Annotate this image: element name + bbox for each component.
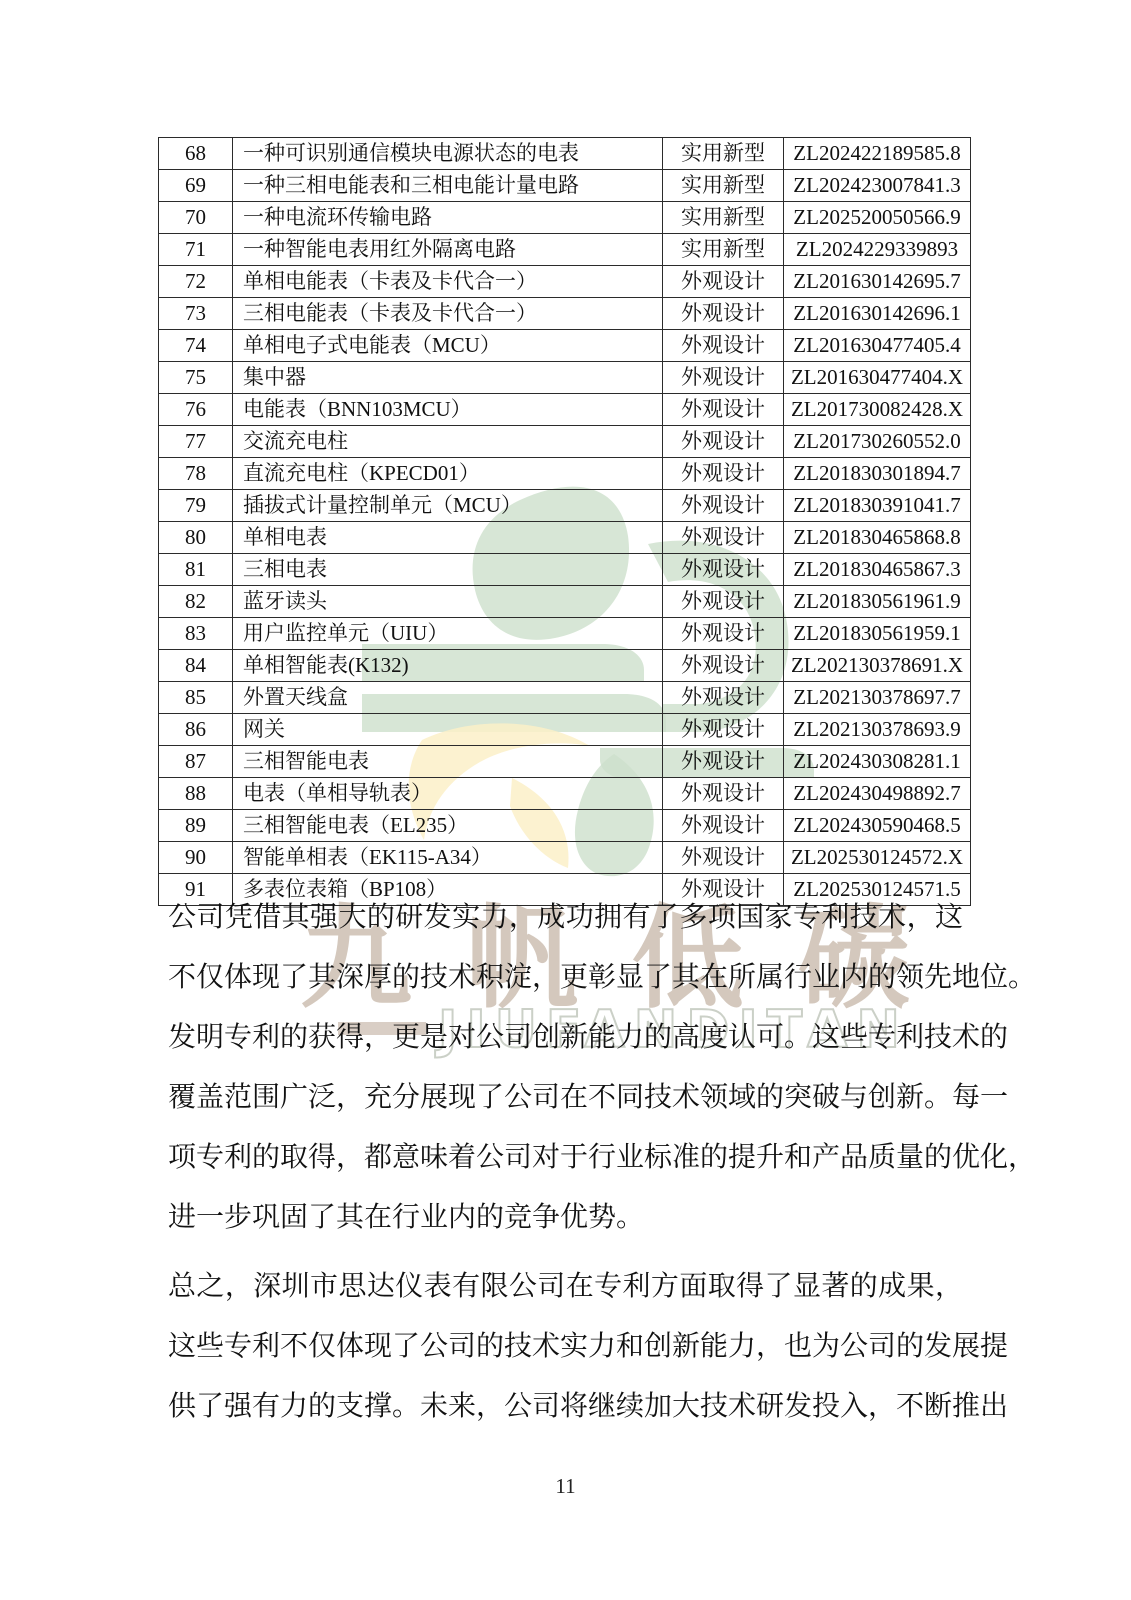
patent-number-cell: ZL202430498892.7 [784, 778, 971, 810]
patent-name-cell: 一种电流环传输电路 [233, 202, 663, 234]
patent-no-cell: 87 [159, 746, 233, 778]
patent-number-cell: ZL201630477404.X [784, 362, 971, 394]
patent-name-cell: 插拔式计量控制单元（MCU） [233, 490, 663, 522]
patent-no-cell: 74 [159, 330, 233, 362]
patent-table-body: 68 一种可识别通信模块电源状态的电表 实用新型 ZL202422189585.… [159, 138, 971, 906]
patent-no-cell: 68 [159, 138, 233, 170]
table-row: 70 一种电流环传输电路 实用新型 ZL202520050566.9 [159, 202, 971, 234]
table-row: 85 外置天线盒 外观设计 ZL202130378697.7 [159, 682, 971, 714]
paragraph-1: 公司凭借其强大的研发实力，成功拥有了多项国家专利技术，这不仅体现了其深厚的技术积… [168, 888, 963, 1248]
patent-no-cell: 90 [159, 842, 233, 874]
patent-number-cell: ZL201830465868.8 [784, 522, 971, 554]
patent-number-cell: ZL202130378697.7 [784, 682, 971, 714]
text-line: 供了强有力的支撑。未来，公司将继续加大技术研发投入，不断推出 [168, 1377, 963, 1437]
patent-type-cell: 实用新型 [663, 138, 784, 170]
text-line: 不仅体现了其深厚的技术积淀，更彰显了其在所属行业内的领先地位。 [168, 948, 963, 1008]
table-row: 74 单相电子式电能表（MCU） 外观设计 ZL201630477405.4 [159, 330, 971, 362]
patent-type-cell: 外观设计 [663, 298, 784, 330]
patent-number-cell: ZL202430590468.5 [784, 810, 971, 842]
patent-no-cell: 88 [159, 778, 233, 810]
patent-name-cell: 单相智能表(K132) [233, 650, 663, 682]
patent-number-cell: ZL201830561959.1 [784, 618, 971, 650]
patent-name-cell: 电表（单相导轨表） [233, 778, 663, 810]
patent-name-cell: 三相智能电表（EL235） [233, 810, 663, 842]
table-row: 84 单相智能表(K132) 外观设计 ZL202130378691.X [159, 650, 971, 682]
patent-number-cell: ZL201630477405.4 [784, 330, 971, 362]
table-row: 89 三相智能电表（EL235） 外观设计 ZL202430590468.5 [159, 810, 971, 842]
patent-number-cell: ZL202423007841.3 [784, 170, 971, 202]
text-line: 项专利的取得，都意味着公司对于行业标准的提升和产品质量的优化， [168, 1128, 963, 1188]
table-row: 79 插拔式计量控制单元（MCU） 外观设计 ZL201830391041.7 [159, 490, 971, 522]
patent-no-cell: 81 [159, 554, 233, 586]
patent-name-cell: 蓝牙读头 [233, 586, 663, 618]
patent-no-cell: 71 [159, 234, 233, 266]
patent-number-cell: ZL202130378691.X [784, 650, 971, 682]
patent-no-cell: 76 [159, 394, 233, 426]
patent-type-cell: 实用新型 [663, 202, 784, 234]
patent-type-cell: 外观设计 [663, 490, 784, 522]
table-row: 80 单相电表 外观设计 ZL201830465868.8 [159, 522, 971, 554]
table-row: 76 电能表（BNN103MCU） 外观设计 ZL201730082428.X [159, 394, 971, 426]
patent-number-cell: ZL201630142696.1 [784, 298, 971, 330]
patent-table: 68 一种可识别通信模块电源状态的电表 实用新型 ZL202422189585.… [158, 137, 971, 906]
patent-name-cell: 智能单相表（EK115-A34） [233, 842, 663, 874]
patent-type-cell: 外观设计 [663, 394, 784, 426]
patent-name-cell: 交流充电柱 [233, 426, 663, 458]
table-row: 72 单相电能表（卡表及卡代合一） 外观设计 ZL201630142695.7 [159, 266, 971, 298]
patent-type-cell: 实用新型 [663, 170, 784, 202]
patent-number-cell: ZL202422189585.8 [784, 138, 971, 170]
patent-number-cell: ZL201730082428.X [784, 394, 971, 426]
patent-type-cell: 外观设计 [663, 650, 784, 682]
patent-type-cell: 外观设计 [663, 842, 784, 874]
paragraph-2: 总之，深圳市思达仪表有限公司在专利方面取得了显著的成果，这些专利不仅体现了公司的… [168, 1257, 963, 1437]
patent-number-cell: ZL201830561961.9 [784, 586, 971, 618]
page-number: 11 [0, 1474, 1131, 1499]
patent-name-cell: 单相电子式电能表（MCU） [233, 330, 663, 362]
table-row: 73 三相电能表（卡表及卡代合一） 外观设计 ZL201630142696.1 [159, 298, 971, 330]
patent-name-cell: 网关 [233, 714, 663, 746]
text-line: 总之，深圳市思达仪表有限公司在专利方面取得了显著的成果， [168, 1257, 963, 1317]
patent-number-cell: ZL201830391041.7 [784, 490, 971, 522]
patent-number-cell: ZL201830465867.3 [784, 554, 971, 586]
patent-name-cell: 三相电表 [233, 554, 663, 586]
patent-name-cell: 电能表（BNN103MCU） [233, 394, 663, 426]
patent-type-cell: 外观设计 [663, 746, 784, 778]
table-row: 69 一种三相电能表和三相电能计量电路 实用新型 ZL202423007841.… [159, 170, 971, 202]
patent-type-cell: 外观设计 [663, 426, 784, 458]
patent-type-cell: 外观设计 [663, 810, 784, 842]
patent-no-cell: 85 [159, 682, 233, 714]
patent-name-cell: 一种可识别通信模块电源状态的电表 [233, 138, 663, 170]
patent-name-cell: 一种智能电表用红外隔离电路 [233, 234, 663, 266]
patent-number-cell: ZL202530124572.X [784, 842, 971, 874]
patent-no-cell: 89 [159, 810, 233, 842]
patent-no-cell: 80 [159, 522, 233, 554]
table-row: 87 三相智能电表 外观设计 ZL202430308281.1 [159, 746, 971, 778]
patent-name-cell: 三相电能表（卡表及卡代合一） [233, 298, 663, 330]
patent-type-cell: 外观设计 [663, 618, 784, 650]
table-row: 86 网关 外观设计 ZL202130378693.9 [159, 714, 971, 746]
patent-name-cell: 单相电能表（卡表及卡代合一） [233, 266, 663, 298]
patent-no-cell: 79 [159, 490, 233, 522]
patent-type-cell: 外观设计 [663, 554, 784, 586]
patent-name-cell: 集中器 [233, 362, 663, 394]
text-line: 发明专利的获得，更是对公司创新能力的高度认可。这些专利技术的 [168, 1008, 963, 1068]
patent-type-cell: 外观设计 [663, 682, 784, 714]
table-row: 78 直流充电柱（KPECD01） 外观设计 ZL201830301894.7 [159, 458, 971, 490]
body-text: 公司凭借其强大的研发实力，成功拥有了多项国家专利技术，这不仅体现了其深厚的技术积… [168, 888, 963, 1437]
patent-number-cell: ZL202130378693.9 [784, 714, 971, 746]
patent-name-cell: 单相电表 [233, 522, 663, 554]
patent-number-cell: ZL201730260552.0 [784, 426, 971, 458]
text-line: 进一步巩固了其在行业内的竞争优势。 [168, 1188, 963, 1248]
patent-name-cell: 用户监控单元（UIU） [233, 618, 663, 650]
table-row: 75 集中器 外观设计 ZL201630477404.X [159, 362, 971, 394]
patent-name-cell: 直流充电柱（KPECD01） [233, 458, 663, 490]
patent-no-cell: 83 [159, 618, 233, 650]
patent-no-cell: 69 [159, 170, 233, 202]
patent-no-cell: 70 [159, 202, 233, 234]
patent-no-cell: 77 [159, 426, 233, 458]
patent-no-cell: 84 [159, 650, 233, 682]
patent-type-cell: 外观设计 [663, 714, 784, 746]
table-row: 71 一种智能电表用红外隔离电路 实用新型 ZL2024229339893 [159, 234, 971, 266]
table-row: 82 蓝牙读头 外观设计 ZL201830561961.9 [159, 586, 971, 618]
patent-type-cell: 外观设计 [663, 330, 784, 362]
patent-type-cell: 实用新型 [663, 234, 784, 266]
patent-number-cell: ZL201630142695.7 [784, 266, 971, 298]
patent-no-cell: 72 [159, 266, 233, 298]
patent-no-cell: 73 [159, 298, 233, 330]
patent-type-cell: 外观设计 [663, 362, 784, 394]
document-page: 68 一种可识别通信模块电源状态的电表 实用新型 ZL202422189585.… [0, 0, 1131, 1600]
table-row: 68 一种可识别通信模块电源状态的电表 实用新型 ZL202422189585.… [159, 138, 971, 170]
patent-name-cell: 外置天线盒 [233, 682, 663, 714]
patent-number-cell: ZL202430308281.1 [784, 746, 971, 778]
text-line: 公司凭借其强大的研发实力，成功拥有了多项国家专利技术，这 [168, 888, 963, 948]
patent-type-cell: 外观设计 [663, 586, 784, 618]
table-row: 90 智能单相表（EK115-A34） 外观设计 ZL202530124572.… [159, 842, 971, 874]
patent-type-cell: 外观设计 [663, 522, 784, 554]
patent-type-cell: 外观设计 [663, 778, 784, 810]
table-row: 88 电表（单相导轨表） 外观设计 ZL202430498892.7 [159, 778, 971, 810]
patent-no-cell: 78 [159, 458, 233, 490]
patent-name-cell: 一种三相电能表和三相电能计量电路 [233, 170, 663, 202]
patent-no-cell: 75 [159, 362, 233, 394]
table-row: 77 交流充电柱 外观设计 ZL201730260552.0 [159, 426, 971, 458]
table-row: 83 用户监控单元（UIU） 外观设计 ZL201830561959.1 [159, 618, 971, 650]
patent-no-cell: 82 [159, 586, 233, 618]
table-row: 81 三相电表 外观设计 ZL201830465867.3 [159, 554, 971, 586]
patent-type-cell: 外观设计 [663, 458, 784, 490]
patent-number-cell: ZL202520050566.9 [784, 202, 971, 234]
patent-name-cell: 三相智能电表 [233, 746, 663, 778]
patent-no-cell: 86 [159, 714, 233, 746]
text-line: 覆盖范围广泛，充分展现了公司在不同技术领域的突破与创新。每一 [168, 1068, 963, 1128]
patent-number-cell: ZL201830301894.7 [784, 458, 971, 490]
text-line: 这些专利不仅体现了公司的技术实力和创新能力，也为公司的发展提 [168, 1317, 963, 1377]
patent-number-cell: ZL2024229339893 [784, 234, 971, 266]
patent-type-cell: 外观设计 [663, 266, 784, 298]
